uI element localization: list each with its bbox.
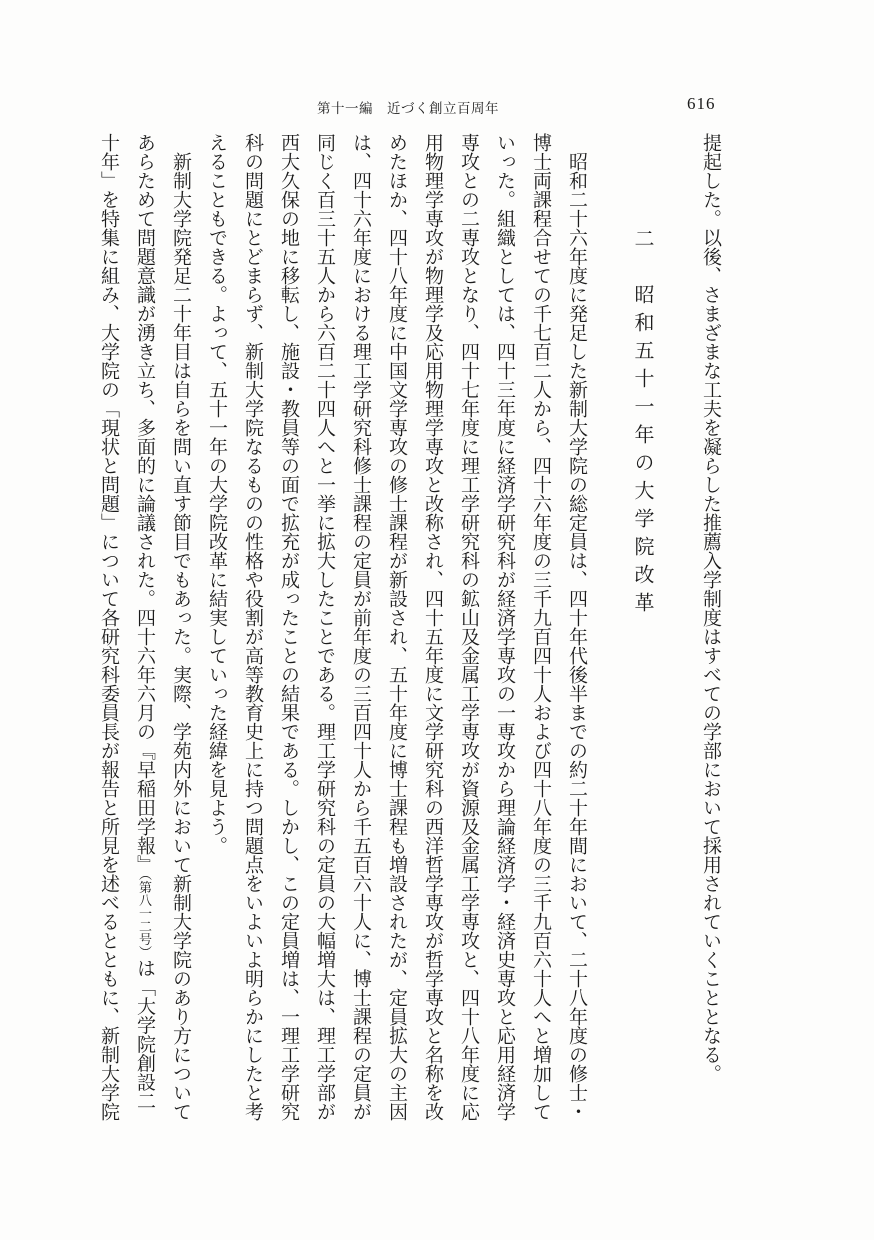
running-head: 第十一編 近づく創立百周年 616 [0, 94, 874, 120]
book-page: 第十一編 近づく創立百周年 616 提起した。以後、さまざまな工夫を凝らした推薦… [0, 0, 874, 1240]
lead-paragraph: 提起した。以後、さまざまな工夫を凝らした推薦入学制度はすべての学部において採用さ… [692, 133, 728, 1121]
journal-issue-number-note: （第八一二号） [137, 874, 152, 959]
paragraph-twentieth-anniversary: 新制大学院発足二十年目は自らを問い直す節目でもあった。実際、学苑内外において新制… [90, 133, 198, 1121]
vertical-text-block: 提起した。以後、さまざまな工夫を凝らした推薦入学制度はすべての学部において採用さ… [90, 133, 728, 1121]
section-heading: 二 昭和五十一年の大学院改革 [623, 133, 661, 1121]
paragraph-enrollment-history: 昭和二十六年度に発足した新制大学院の総定員は、四十年代後半までの約二十年間におい… [198, 133, 594, 1121]
running-head-chapter-title: 第十一編 近づく創立百周年 [317, 97, 499, 117]
page-number: 616 [687, 94, 716, 114]
